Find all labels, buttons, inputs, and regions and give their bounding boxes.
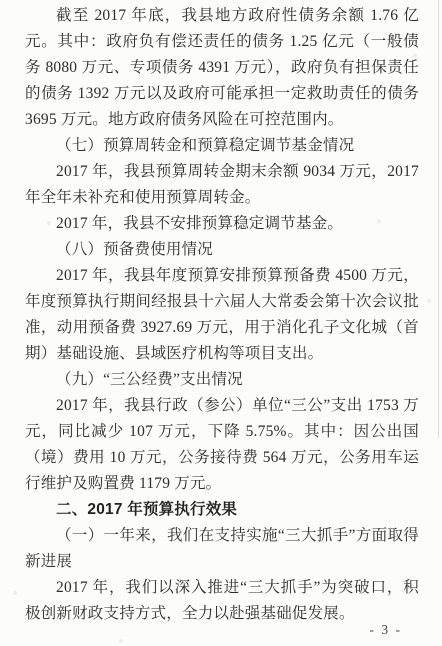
heading-section-nine: （九）“三公经费”支出情况 bbox=[25, 367, 419, 393]
heading-section-eight: （八）预备费使用情况 bbox=[25, 237, 419, 263]
heading-section-seven: （七）预算周转金和预算稳定调节基金情况 bbox=[25, 133, 419, 159]
paragraph-stabilization-fund: 2017 年，我县不安排预算稳定调节基金。 bbox=[25, 211, 419, 237]
heading-part-two: 二、2017 年预算执行效果 bbox=[25, 497, 419, 523]
document-page: 截至 2017 年底，我县地方政府性债务余额 1.76 亿元。其中：政府负有偿还… bbox=[0, 0, 442, 646]
document-text-block: 截至 2017 年底，我县地方政府性债务余额 1.76 亿元。其中：政府负有偿还… bbox=[25, 3, 419, 627]
paragraph-three-grips-progress: 2017 年，我们以深入推进“三大抓手”为突破口，积极创新财政支持方式，全力以赴… bbox=[25, 575, 419, 627]
heading-part-two-item-one: （一）一年来，我们在支持实施“三大抓手”方面取得新进展 bbox=[25, 523, 419, 575]
page-number: - 3 - bbox=[370, 622, 403, 638]
paragraph-working-fund: 2017 年，我县预算周转金期末余额 9034 万元，2017 年全年未补充和使… bbox=[25, 159, 419, 211]
scan-edge-line bbox=[438, 0, 439, 438]
paragraph-debt-summary: 截至 2017 年底，我县地方政府性债务余额 1.76 亿元。其中：政府负有偿还… bbox=[25, 3, 419, 133]
scan-noise-speckles bbox=[0, 0, 2, 2]
paragraph-reserve-fee: 2017 年，我县年度预算安排预算预备费 4500 万元，年度预算执行期间经报县… bbox=[25, 263, 419, 367]
paragraph-three-public-expense: 2017 年，我县行政（参公）单位“三公”支出 1753 万元，同比减少 107… bbox=[25, 393, 419, 497]
